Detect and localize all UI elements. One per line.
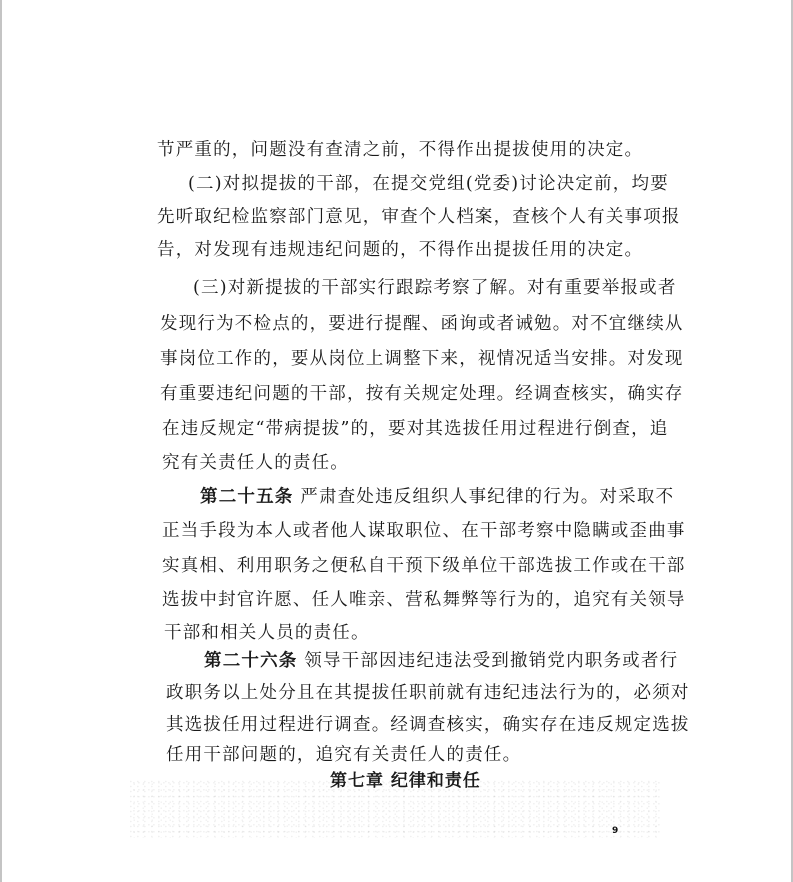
text-line: 节严重的，问题没有查清之前，不得作出提拔使用的决定。 xyxy=(157,139,643,161)
article-heading: 第二十五条 xyxy=(200,487,294,507)
article-heading: 第二十六条 xyxy=(204,651,298,671)
page-number: 9 xyxy=(612,826,618,836)
text-line: 选拔中封官许愿、任人唯亲、营私舞弊等行为的，追究有关领导 xyxy=(162,589,686,611)
article-25-first-line: 第二十五条 严肃查处违反组织人事纪律的行为。对采取不 xyxy=(200,486,674,508)
article-text: 领导干部因违纪违法受到撤销党内职务或者行 xyxy=(304,651,678,671)
article-26-first-line: 第二十六条 领导干部因违纪违法受到撤销党内职务或者行 xyxy=(204,650,678,672)
text-line: 究有关责任人的责任。 xyxy=(162,452,349,474)
article-text: 严肃查处违反组织人事纪律的行为。对采取不 xyxy=(300,487,674,507)
text-line: 告，对发现有违规违纪问题的，不得作出提拔任用的决定。 xyxy=(157,239,643,261)
text-line: (二)对拟提拔的干部，在提交党组(党委)讨论决定前，均要 xyxy=(188,173,669,195)
text-line: 在违反规定“带病提拔”的，要对其选拔任用过程进行倒查，追 xyxy=(162,418,669,440)
text-line: 有重要违纪问题的干部，按有关规定处理。经调查核实，确实存 xyxy=(160,383,684,405)
text-line: 实真相、利用职务之便私自干预下级单位干部选拔工作或在干部 xyxy=(162,555,686,577)
text-line: 干部和相关人员的责任。 xyxy=(164,622,370,644)
scan-noise xyxy=(130,780,660,838)
text-line: 政职务以上处分且在其提拔任职前就有违纪违法行为的，必须对 xyxy=(166,682,690,704)
text-line: 先听取纪检监察部门意见，审查个人档案，查核个人有关事项报 xyxy=(157,206,681,228)
text-line: 发现行为不检点的，要进行提醒、函询或者诫勉。对不宜继续从 xyxy=(160,313,684,335)
scanned-document-page: 节严重的，问题没有查清之前，不得作出提拔使用的决定。 (二)对拟提拔的干部，在提… xyxy=(0,0,793,882)
text-line: 任用干部问题的，追究有关责任人的责任。 xyxy=(166,744,521,766)
text-line: 正当手段为本人或者他人谋取职位、在干部考察中隐瞒或歪曲事 xyxy=(162,520,686,542)
text-line: (三)对新提拔的干部实行跟踪考察了解。对有重要举报或者 xyxy=(193,277,677,299)
text-line: 事岗位工作的，要从岗位上调整下来，视情况适当安排。对发现 xyxy=(160,348,684,370)
text-line: 其选拔任用过程进行调查。经调查核实，确实存在违反规定选拔 xyxy=(166,714,690,736)
page-left-border xyxy=(0,0,2,882)
